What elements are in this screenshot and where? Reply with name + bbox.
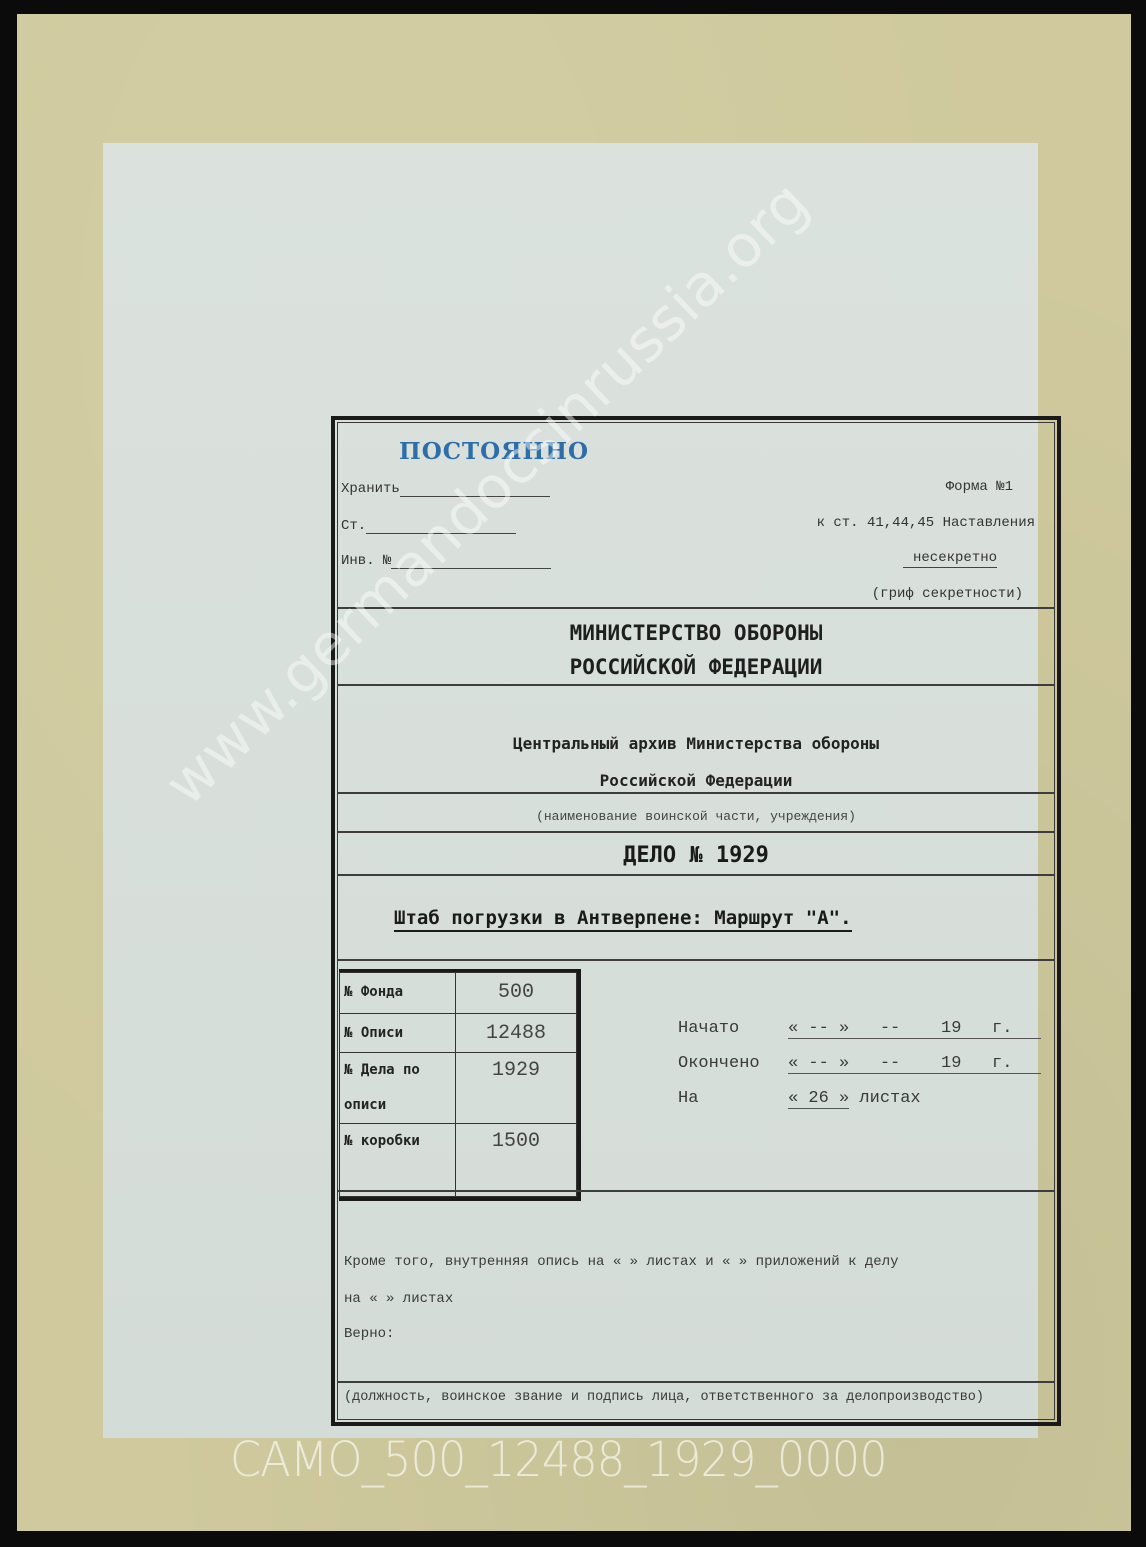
started-value: « -- » -- 19 г.	[788, 1019, 1041, 1039]
fond-label: № Фонда	[340, 973, 456, 1014]
case-number: ДЕЛО № 1929	[338, 843, 1054, 868]
ministry-line-2: РОССИЙСКОЙ ФЕДЕРАЦИИ	[338, 655, 1054, 679]
table-row: № Дела по описи 1929	[340, 1053, 577, 1124]
sheets-row: На« 26 » листах	[678, 1089, 921, 1109]
divider	[338, 874, 1054, 876]
archive-reference-table: № Фонда 500 № Описи 12488 № Дела по опис…	[339, 969, 581, 1201]
opis-label: № Описи	[340, 1014, 456, 1053]
ministry-line-1: МИНИСТЕРСТВО ОБОРОНЫ	[338, 621, 1054, 645]
delo-value: 1929	[456, 1053, 577, 1124]
ended-label: Окончено	[678, 1054, 788, 1073]
divider	[338, 792, 1054, 794]
document-sheet: ПОСТОЯННО Хранить Ст. Инв. № Форма №1 к …	[103, 143, 1038, 1438]
fond-value: 500	[456, 973, 577, 1014]
file-identifier: CAMO_500_12488_1929_0000	[230, 1432, 887, 1488]
divider	[338, 684, 1054, 686]
store-label: Хранить	[341, 481, 400, 497]
box-value: 1500	[456, 1124, 577, 1197]
table-row: № Описи 12488	[340, 1014, 577, 1053]
signature-caption: (должность, воинское звание и подпись ли…	[344, 1389, 1046, 1407]
divider	[338, 831, 1054, 833]
started-row: Начато« -- » -- 19 г.	[678, 1019, 1041, 1039]
table-row: № коробки 1500	[340, 1124, 577, 1197]
divider	[338, 1190, 1054, 1192]
archive-line-1: Центральный архив Министерства обороны	[338, 734, 1054, 753]
form-number: Форма №1	[946, 479, 1013, 495]
opis-value: 12488	[456, 1014, 577, 1053]
sheets-value: « 26 »	[788, 1089, 849, 1109]
divider	[338, 959, 1054, 961]
started-label: Начато	[678, 1019, 788, 1038]
box-label: № коробки	[340, 1124, 456, 1197]
unit-caption: (наименование воинской части, учреждения…	[338, 809, 1054, 824]
delo-label: № Дела по описи	[340, 1053, 456, 1124]
case-title: Штаб погрузки в Антверпене: Маршрут "А".	[394, 907, 852, 932]
inner-sheets-text: на « » листах	[344, 1291, 453, 1307]
divider	[338, 1381, 1054, 1383]
ended-value: « -- » -- 19 г.	[788, 1054, 1041, 1074]
classification-caption: (гриф секретности)	[872, 586, 1023, 602]
archive-line-2: Российской Федерации	[338, 771, 1054, 790]
table-row: № Фонда 500	[340, 973, 577, 1014]
divider	[338, 607, 1054, 609]
verified-label: Верно:	[344, 1326, 394, 1342]
article-label: Ст.	[341, 518, 366, 534]
regulation-reference: к ст. 41,44,45 Наставления	[817, 515, 1035, 531]
sheets-label: На	[678, 1089, 788, 1108]
classification-value: несекретно	[903, 550, 997, 568]
ended-row: Окончено« -- » -- 19 г.	[678, 1054, 1041, 1074]
inner-inventory-text: Кроме того, внутренняя опись на « » лист…	[344, 1254, 899, 1270]
sheets-suffix: листах	[859, 1089, 920, 1108]
